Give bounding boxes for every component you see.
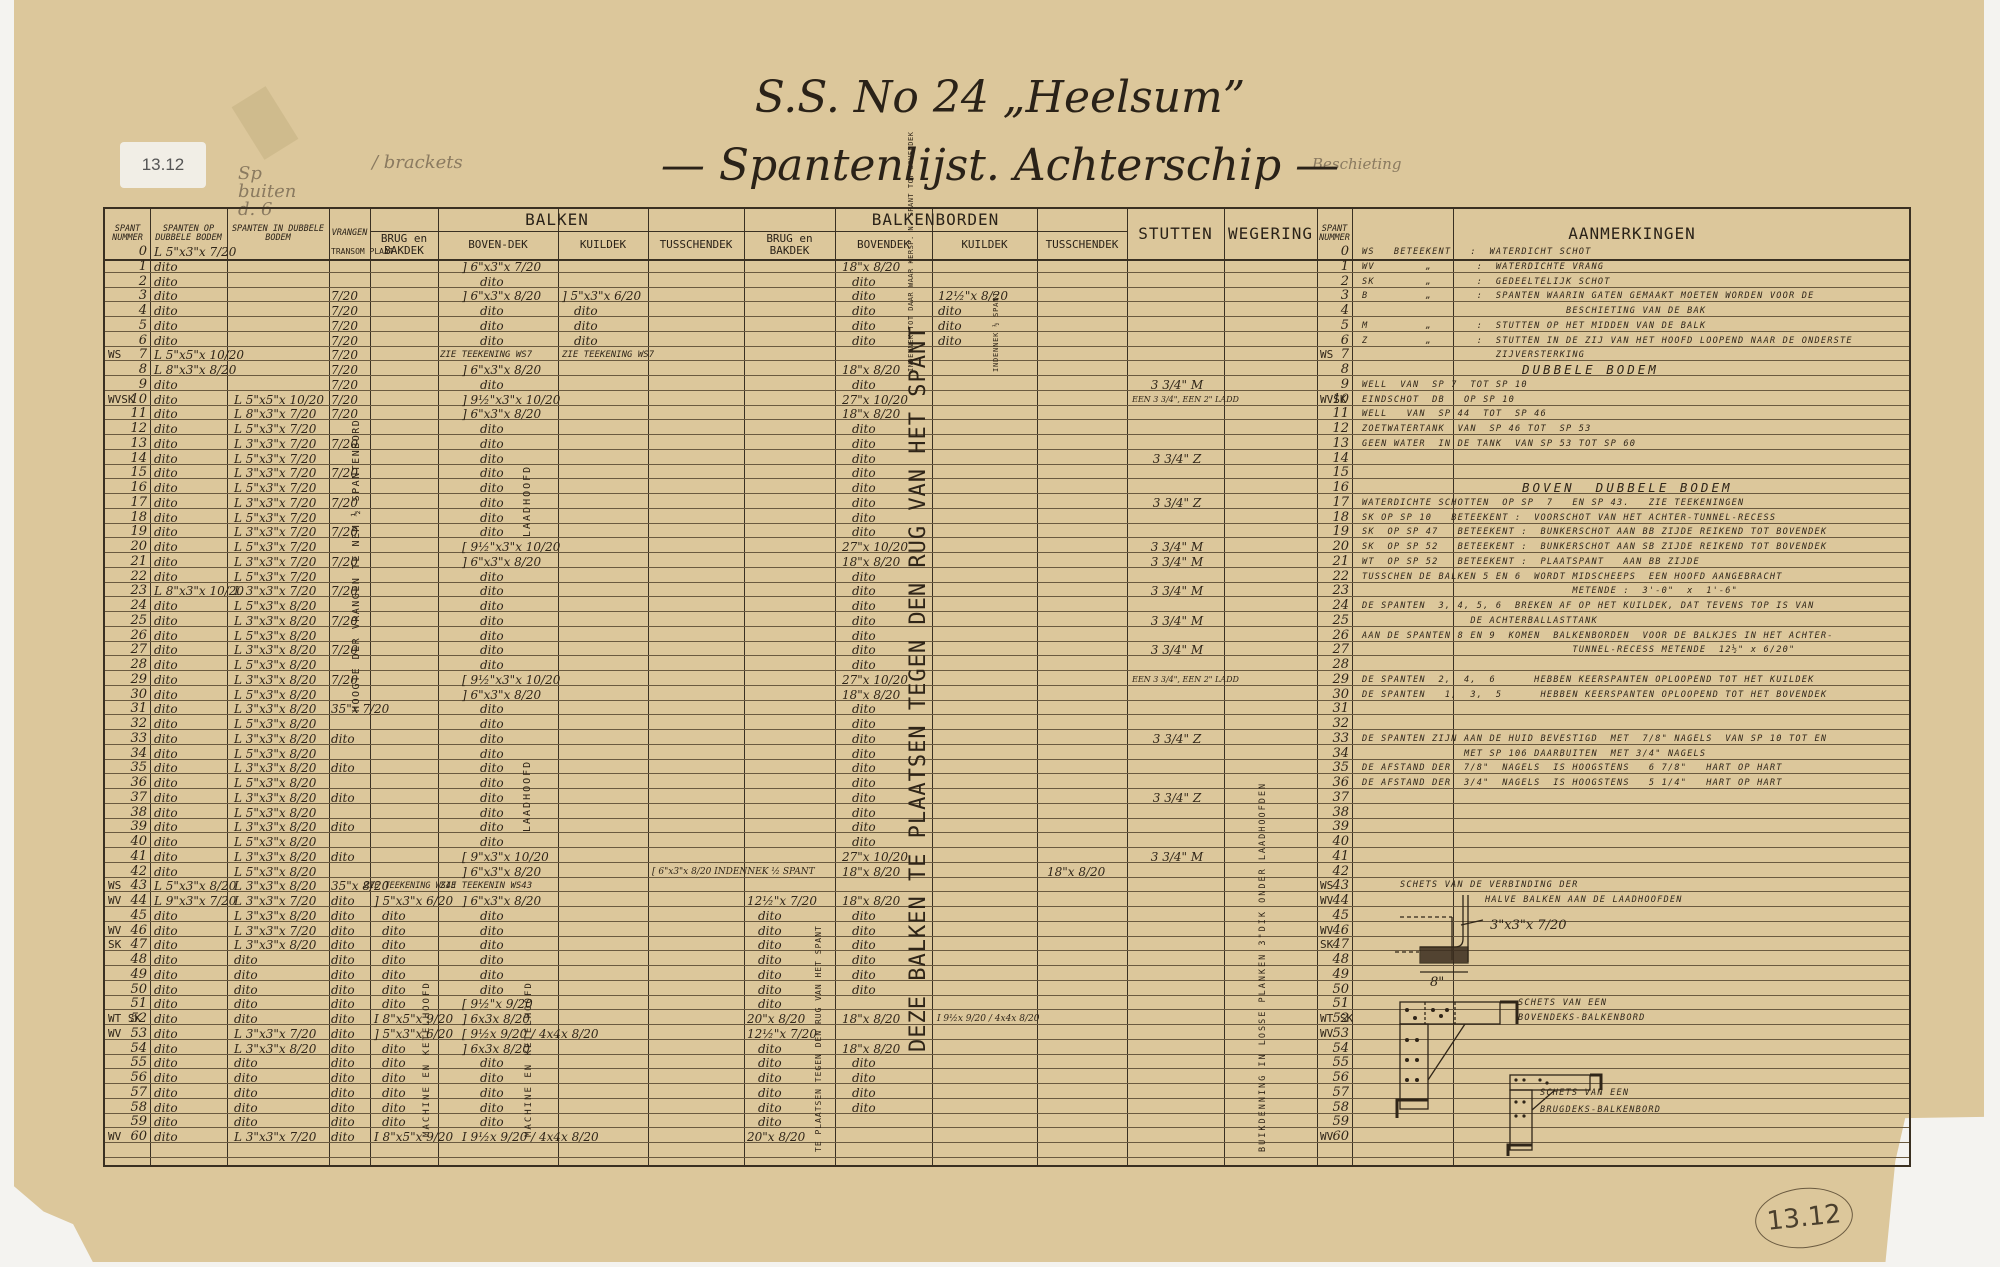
frame-in-double-bottom: L 5"x3"x 8/20 (234, 598, 316, 614)
frame-number: 38 (120, 805, 147, 821)
board-bovendek: dito (852, 746, 876, 762)
board-bovendek: dito (852, 952, 876, 968)
beam-bovendek: ] 6"x3"x 7/20 (462, 259, 541, 275)
row-rule (105, 449, 1909, 450)
frame-on-double-bottom: dito (154, 760, 178, 776)
frame-number: 0 (120, 244, 147, 260)
header-borden-brug-bakdek: BRUG en BAKDEK (744, 231, 835, 259)
row-rule (105, 390, 1909, 391)
board-bovendek: 18"x 8/20 (842, 687, 900, 703)
stanchion: 3 3/4" M (1132, 583, 1222, 599)
frame-in-double-bottom: L 3"x3"x 8/20 (234, 937, 316, 953)
beam-brug-bakdek: dito (382, 1041, 406, 1057)
frame-on-double-bottom: dito (154, 982, 178, 998)
frame-number: 30 (120, 687, 147, 703)
frame-in-double-bottom: L 5"x3"x 8/20 (234, 746, 316, 762)
remark-line: METENDE : 3'-0" x 1'-6" (1362, 583, 1738, 599)
frame-number: 31 (120, 701, 147, 717)
frame-in-double-bottom: L 5"x3"x 7/20 (234, 569, 316, 585)
beam-brug-bakdek: dito (382, 996, 406, 1012)
frame-number: 14 (120, 451, 147, 467)
frame-number: 9 (120, 377, 147, 393)
board-bovendek: dito (852, 982, 876, 998)
board-kuildek: dito (938, 333, 962, 349)
remark-line: BESCHIETING VAN DE BAK (1362, 303, 1706, 319)
frame-number-right: 6 (1327, 333, 1349, 349)
frame-in-double-bottom: L 5"x3"x 7/20 (234, 510, 316, 526)
board-brug-bakdek: dito (758, 996, 782, 1012)
frame-number: 26 (120, 628, 147, 644)
frame-in-double-bottom: dito (234, 1055, 258, 1071)
beam-brug-bakdek: dito (382, 1055, 406, 1071)
board-brug-bakdek: dito (758, 952, 782, 968)
beam-bovendek: dito (480, 495, 504, 511)
column-divider (150, 209, 151, 1165)
frame-in-double-bottom: L 5"x5"x 10/20 (234, 392, 324, 408)
remark-line: SK OP SP 10 BETEEKENT : VOORSCHOT VAN HE… (1362, 510, 1776, 526)
beam-kuildek: ZIE TEEKENING WS7 (562, 347, 654, 363)
remark-line: MET SP 106 DAARBUITEN MET 3/4" NAGELS (1362, 746, 1706, 762)
frame-on-double-bottom: dito (154, 687, 178, 703)
frame-number: 41 (120, 849, 147, 865)
frame-on-double-bottom: dito (154, 1129, 178, 1145)
floor-plate: 7/20 (331, 318, 358, 334)
board-brug-bakdek: dito (758, 1114, 782, 1130)
frame-number-right: 51 (1327, 996, 1349, 1012)
beam-bovendek: dito (480, 731, 504, 747)
floor-plate: 7/20 (331, 333, 358, 349)
board-bovendek: dito (852, 834, 876, 850)
frame-number: 29 (120, 672, 147, 688)
board-bovendek: 18"x 8/20 (842, 259, 900, 275)
frame-number: 32 (120, 716, 147, 732)
frame-number: 60 (120, 1129, 147, 1145)
sketch1-caption-line1: SCHETS VAN DE VERBINDING DER (1400, 877, 1578, 893)
beam-kuildek: dito (574, 333, 598, 349)
frame-number-right: 45 (1327, 908, 1349, 924)
frame-on-double-bottom: dito (154, 628, 178, 644)
frame-number: 7 (120, 347, 147, 363)
board-bovendek: dito (852, 318, 876, 334)
frame-in-double-bottom: L 5"x3"x 8/20 (234, 657, 316, 673)
board-bovendek: dito (852, 583, 876, 599)
frame-in-double-bottom: L 5"x3"x 8/20 (234, 775, 316, 791)
frame-number: 17 (120, 495, 147, 511)
beam-bovendek: dito (480, 716, 504, 732)
column-divider (1224, 209, 1225, 1165)
board-brug-bakdek: dito (758, 1055, 782, 1071)
frame-in-double-bottom: dito (234, 1085, 258, 1101)
beam-bovendek: dito (480, 436, 504, 452)
board-tusschendek: 18"x 8/20 (1047, 864, 1105, 880)
beam-bovendek: dito (480, 274, 504, 290)
frame-in-double-bottom: L 5"x3"x 8/20 (234, 687, 316, 703)
beam-brug-bakdek: dito (382, 923, 406, 939)
sketch1-dimension: 3"x3"x 7/20 (1490, 918, 1567, 934)
beam-brug-bakdek: dito (382, 952, 406, 968)
beam-bovendek: ] 6"x3"x 8/20 (462, 554, 541, 570)
board-brug-bakdek: dito (758, 1085, 782, 1101)
board-bovendek: dito (852, 524, 876, 540)
board-bovendek: dito (852, 1085, 876, 1101)
row-rule (105, 434, 1909, 435)
board-bovendek: dito (852, 642, 876, 658)
frame-number-right: 27 (1327, 642, 1349, 658)
beam-bovendek: ] 9½"x3"x 10/20 (462, 392, 560, 408)
sketch1-caption-line2: HALVE BALKEN AAN DE LAADHOOFDEN (1485, 892, 1683, 908)
frame-in-double-bottom: L 3"x3"x 7/20 (234, 583, 316, 599)
frame-on-double-bottom: dito (154, 716, 178, 732)
board-brug-bakdek: dito (758, 982, 782, 998)
board-bovendek: dito (852, 510, 876, 526)
frame-number-right: 31 (1327, 701, 1349, 717)
beam-bovendek: dito (480, 421, 504, 437)
frame-mark-right: WS (1320, 347, 1333, 363)
beam-bovendek: dito (480, 1070, 504, 1086)
frame-number: 5 (120, 318, 147, 334)
frame-number: 54 (120, 1041, 147, 1057)
frame-on-double-bottom: dito (154, 967, 178, 983)
beam-bovendek: ZIE TEEKENING WS7 (440, 347, 532, 363)
frame-in-double-bottom: L 3"x3"x 8/20 (234, 701, 316, 717)
frame-number: 57 (120, 1085, 147, 1101)
frame-number-right: 41 (1327, 849, 1349, 865)
frame-number: 16 (120, 480, 147, 496)
floor-plate: dito (331, 1129, 355, 1145)
frame-number: 33 (120, 731, 147, 747)
board-brug-bakdek: 20"x 8/20 (747, 1011, 805, 1027)
wegering-note: BUIKDENNING IN LOSSE PLANKEN 3"DIK ONDER… (1258, 782, 1268, 1152)
frame-on-double-bottom: dito (154, 554, 178, 570)
board-bovendek: 18"x 8/20 (842, 554, 900, 570)
frame-number: 44 (120, 893, 147, 909)
beam-bovendek: dito (480, 598, 504, 614)
frame-number-right: 39 (1327, 819, 1349, 835)
frame-number: 35 (120, 760, 147, 776)
frame-number-right: 9 (1327, 377, 1349, 393)
board-bovendek: dito (852, 288, 876, 304)
frame-number: 13 (120, 436, 147, 452)
frame-number: 23 (120, 583, 147, 599)
frame-in-double-bottom: dito (234, 1114, 258, 1130)
frame-on-double-bottom: dito (154, 598, 178, 614)
frame-number-right: 12 (1327, 421, 1349, 437)
beam-bovendek: ] 6"x3"x 8/20 (462, 893, 541, 909)
beam-bovendek: dito (480, 952, 504, 968)
frame-number-right: 0 (1327, 244, 1349, 260)
frame-on-double-bottom: dito (154, 451, 178, 467)
beam-bovendek: dito (480, 303, 504, 319)
beam-bovendek: dito (480, 1085, 504, 1101)
frame-in-double-bottom: L 5"x3"x 8/20 (234, 805, 316, 821)
row-rule (105, 405, 1909, 406)
beam-bovendek: ] 6"x3"x 8/20 (462, 864, 541, 880)
remarks-section-heading: DUBBELE BODEM (1522, 362, 1659, 378)
frame-number-right: 28 (1327, 657, 1349, 673)
beam-brug-bakdek: ] 5"x3"x 6/20 (374, 1026, 453, 1042)
beam-kuildek: [ 6"x3"x 8/20 INDENNEK ½ SPANT (652, 864, 815, 880)
frame-number-right: 29 (1327, 672, 1349, 688)
beam-bovendek: ] 6"x3"x 8/20 (462, 288, 541, 304)
board-bovendek: dito (852, 1055, 876, 1071)
floor-plate: dito (331, 1070, 355, 1086)
row-rule (105, 272, 1909, 273)
frame-in-double-bottom: L 3"x3"x 8/20 (234, 878, 316, 894)
machine-ketelhoofd-label-1: MACHINE EN KETELHOOFD (422, 981, 432, 1137)
beam-bovendek: dito (480, 318, 504, 334)
frame-on-double-bottom: L 5"x5"x 10/20 (154, 347, 244, 363)
frame-number-right: 22 (1327, 569, 1349, 585)
header-borden-bovendek: BOVENDEK (835, 231, 932, 259)
frame-number: 2 (120, 274, 147, 290)
board-bovendek: dito (852, 819, 876, 835)
frame-on-double-bottom: dito (154, 701, 178, 717)
frame-on-double-bottom: dito (154, 937, 178, 953)
row-rule (105, 818, 1909, 819)
remark-line: M „ : STUTTEN OP HET MIDDEN VAN DE BALK (1362, 318, 1706, 334)
frame-in-double-bottom: L 3"x3"x 8/20 (234, 760, 316, 776)
frame-on-double-bottom: dito (154, 1070, 178, 1086)
remark-line: GEEN WATER IN DE TANK VAN SP 53 TOT SP 6… (1362, 436, 1636, 452)
beam-bovendek: dito (480, 583, 504, 599)
frame-number-right: 59 (1327, 1114, 1349, 1130)
remark-line: DE ACHTERBALLASTTANK (1362, 613, 1598, 629)
floor-plate: dito (331, 908, 355, 924)
remark-line: WV „ : WATERDICHTE VRANG (1362, 259, 1604, 275)
frame-number: 39 (120, 819, 147, 835)
frame-on-double-bottom: dito (154, 908, 178, 924)
floor-plate: dito (331, 996, 355, 1012)
frame-number-right: 55 (1327, 1055, 1349, 1071)
floor-plate: dito (331, 1026, 355, 1042)
frame-in-double-bottom: L 3"x3"x 7/20 (234, 893, 316, 909)
frame-on-double-bottom: dito (154, 805, 178, 821)
frame-in-double-bottom: L 3"x3"x 8/20 (234, 790, 316, 806)
frame-number: 37 (120, 790, 147, 806)
header-balken-tusschendek: TUSSCHENDEK (648, 231, 744, 259)
header-wegering: WEGERING (1224, 209, 1317, 259)
column-divider (370, 209, 371, 1165)
frame-mark-right: WT SK (1320, 1011, 1353, 1027)
board-bovendek: 27"x 10/20 (842, 849, 908, 865)
beam-brug-bakdek: I 8"x5"x 9/20 (374, 1129, 453, 1145)
frame-on-double-bottom: dito (154, 790, 178, 806)
floor-plate: dito (331, 1055, 355, 1071)
remark-line: TUSSCHEN DE BALKEN 5 EN 6 WORDT MIDSCHEE… (1362, 569, 1783, 585)
frame-on-double-bottom: dito (154, 923, 178, 939)
frame-number: 28 (120, 657, 147, 673)
frame-in-double-bottom: L 5"x3"x 7/20 (234, 539, 316, 555)
sketch-drawings (1395, 890, 1915, 1190)
beam-brug-bakdek: dito (382, 1114, 406, 1130)
frame-number-right: 35 (1327, 760, 1349, 776)
board-bovendek: 27"x 10/20 (842, 539, 908, 555)
board-bovendek: 18"x 8/20 (842, 1041, 900, 1057)
board-bovendek: dito (852, 923, 876, 939)
frame-on-double-bottom: dito (154, 539, 178, 555)
board-kuildek: dito (938, 318, 962, 334)
frame-number-right: 38 (1327, 805, 1349, 821)
frame-on-double-bottom: dito (154, 1085, 178, 1101)
remark-line: DE AFSTAND DER 7/8" NAGELS IS HOOGSTENS … (1362, 760, 1783, 776)
board-bovendek: dito (852, 657, 876, 673)
frame-in-double-bottom: dito (234, 1100, 258, 1116)
floor-plate: dito (331, 967, 355, 983)
vrangen-height-note: HOOGTE DER VRANGEN TE NEM ½ SPANTENBORD (351, 419, 362, 712)
frame-on-double-bottom: dito (154, 392, 178, 408)
remark-line: ZOETWATERTANK VAN SP 46 TOT SP 53 (1362, 421, 1591, 437)
frame-mark-right: SK (1320, 937, 1333, 953)
stanchion: 3 3/4" Z (1132, 790, 1222, 806)
board-brug-bakdek: dito (758, 908, 782, 924)
floor-plate: 7/20 (331, 288, 358, 304)
frame-on-double-bottom: dito (154, 819, 178, 835)
beam-bovendek: dito (480, 746, 504, 762)
frame-number: 19 (120, 524, 147, 540)
beam-bovendek: dito (480, 613, 504, 629)
frame-number-right: 25 (1327, 613, 1349, 629)
frame-number-right: 49 (1327, 967, 1349, 983)
board-bovendek: dito (852, 760, 876, 776)
frame-in-double-bottom: dito (234, 1011, 258, 1027)
frame-number: 6 (120, 333, 147, 349)
board-brug-bakdek: dito (758, 1070, 782, 1086)
board-brug-bakdek: dito (758, 1100, 782, 1116)
floor-plate: dito (331, 937, 355, 953)
header-balken-bovendek: BOVEN-DEK (438, 231, 558, 259)
frame-in-double-bottom: L 3"x3"x 8/20 (234, 908, 316, 924)
frame-on-double-bottom: dito (154, 657, 178, 673)
remark-line: SK „ : GEDEELTELIJK SCHOT (1362, 274, 1611, 290)
floor-plate: 7/20 (331, 377, 358, 393)
frame-number-right: 34 (1327, 746, 1349, 762)
remark-line: WELL VAN SP 7 TOT SP 10 (1362, 377, 1528, 393)
frame-in-double-bottom: L 3"x3"x 7/20 (234, 923, 316, 939)
frame-on-double-bottom: dito (154, 303, 178, 319)
frame-number: 34 (120, 746, 147, 762)
frame-on-double-bottom: dito (154, 510, 178, 526)
header-balkenborden: BALKENBORDEN (744, 209, 1127, 231)
row-rule (105, 803, 1909, 804)
te-plaatsen-note: TE PLAATSEN TEGEN DEN RUG VAN HET SPANT (814, 925, 823, 1152)
frame-on-double-bottom: dito (154, 996, 178, 1012)
beam-bovendek: ] 6"x3"x 8/20 (462, 687, 541, 703)
frame-on-double-bottom: dito (154, 672, 178, 688)
frame-number: 25 (120, 613, 147, 629)
floor-plate: dito (331, 790, 355, 806)
board-bovendek: dito (852, 598, 876, 614)
frame-number: 21 (120, 554, 147, 570)
frame-in-double-bottom: L 3"x3"x 8/20 (234, 731, 316, 747)
frame-on-double-bottom: dito (154, 465, 178, 481)
remark-line: DE SPANTEN 2, 4, 6 HEBBEN KEERSPANTEN OP… (1362, 672, 1815, 688)
frame-number: 46 (120, 923, 147, 939)
floor-plate: dito (331, 1100, 355, 1116)
row-rule (105, 464, 1909, 465)
board-bovendek: dito (852, 628, 876, 644)
frame-on-double-bottom: L 8"x3"x 10/20 (154, 583, 244, 599)
frame-mark-right: WVSK (1320, 392, 1347, 408)
board-bovendek: dito (852, 805, 876, 821)
frame-on-double-bottom: L 5"x3"x 8/20 (154, 878, 236, 894)
floor-plate: dito (331, 1041, 355, 1057)
frame-in-double-bottom: L 3"x3"x 8/20 (234, 642, 316, 658)
stanchion: EEN 3 3/4", EEN 2" LADD (1132, 672, 1222, 688)
frame-on-double-bottom: dito (154, 436, 178, 452)
frame-number-right: 23 (1327, 583, 1349, 599)
beam-bovendek: dito (480, 1055, 504, 1071)
stanchion: 3 3/4" M (1132, 539, 1222, 555)
beam-brug-bakdek: dito (382, 967, 406, 983)
laadhoofd-label-1: LAADHOOFD (522, 465, 533, 537)
beam-bovendek: [ 9½"x3"x 10/20 (462, 672, 560, 688)
board-bovendek: dito (852, 1100, 876, 1116)
stanchion: 3 3/4" M (1132, 849, 1222, 865)
remark-line: DE SPANTEN 1, 3, 5 HEBBEN KEERSPANTEN OP… (1362, 687, 1827, 703)
frame-in-double-bottom: L 5"x3"x 8/20 (234, 628, 316, 644)
beam-bovendek: dito (480, 569, 504, 585)
frame-number-right: 8 (1327, 362, 1349, 378)
board-bovendek: dito (852, 495, 876, 511)
frame-on-double-bottom: dito (154, 495, 178, 511)
frame-on-double-bottom: dito (154, 1026, 178, 1042)
frame-number-right: 48 (1327, 952, 1349, 968)
beam-bovendek: dito (480, 1100, 504, 1116)
frame-in-double-bottom: L 3"x3"x 7/20 (234, 465, 316, 481)
frame-number-right: 2 (1327, 274, 1349, 290)
board-bovendek: dito (852, 790, 876, 806)
row-rule (105, 419, 1909, 420)
frame-in-double-bottom: L 5"x3"x 8/20 (234, 834, 316, 850)
frame-number-right: 26 (1327, 628, 1349, 644)
board-brug-bakdek: 12½"x 7/20 (747, 893, 817, 909)
floor-plate: dito (331, 819, 355, 835)
frame-on-double-bottom: dito (154, 642, 178, 658)
beam-bovendek: dito (480, 465, 504, 481)
frame-number: 18 (120, 510, 147, 526)
frame-number: 56 (120, 1070, 147, 1086)
floor-plate: dito (331, 1011, 355, 1027)
frame-number: 10 (120, 392, 147, 408)
beam-bovendek: [ 9½"x 9/20 (462, 996, 533, 1012)
beam-kuildek: dito (574, 318, 598, 334)
stanchion: 3 3/4" Z (1132, 731, 1222, 747)
beam-bovendek: dito (480, 908, 504, 924)
column-divider (1127, 209, 1128, 1165)
frame-mark-right: WV (1320, 1129, 1333, 1145)
frame-on-double-bottom: dito (154, 1011, 178, 1027)
board-bovendek: dito (852, 436, 876, 452)
board-bovendek: dito (852, 377, 876, 393)
board-bovendek: 18"x 8/20 (842, 406, 900, 422)
board-bovendek: dito (852, 731, 876, 747)
frame-in-double-bottom: L 5"x3"x 8/20 (234, 716, 316, 732)
board-bovendek: dito (852, 716, 876, 732)
beam-brug-bakdek: dito (382, 1070, 406, 1086)
remark-line: AAN DE SPANTEN 8 EN 9 KOMEN BALKENBORDEN… (1362, 628, 1834, 644)
board-bovendek: 18"x 8/20 (842, 893, 900, 909)
frame-number: 24 (120, 598, 147, 614)
floor-plate: dito (331, 1085, 355, 1101)
remark-line: Z „ : STUTTEN IN DE ZIJ VAN HET HOOFD LO… (1362, 333, 1853, 349)
floor-plate: dito (331, 731, 355, 747)
frame-number: 22 (120, 569, 147, 585)
beam-bovendek: dito (480, 923, 504, 939)
frame-number-right: 30 (1327, 687, 1349, 703)
frame-number-right: 42 (1327, 864, 1349, 880)
remark-line: EINDSCHOT DB OP SP 10 (1362, 392, 1515, 408)
frame-number: 27 (120, 642, 147, 658)
